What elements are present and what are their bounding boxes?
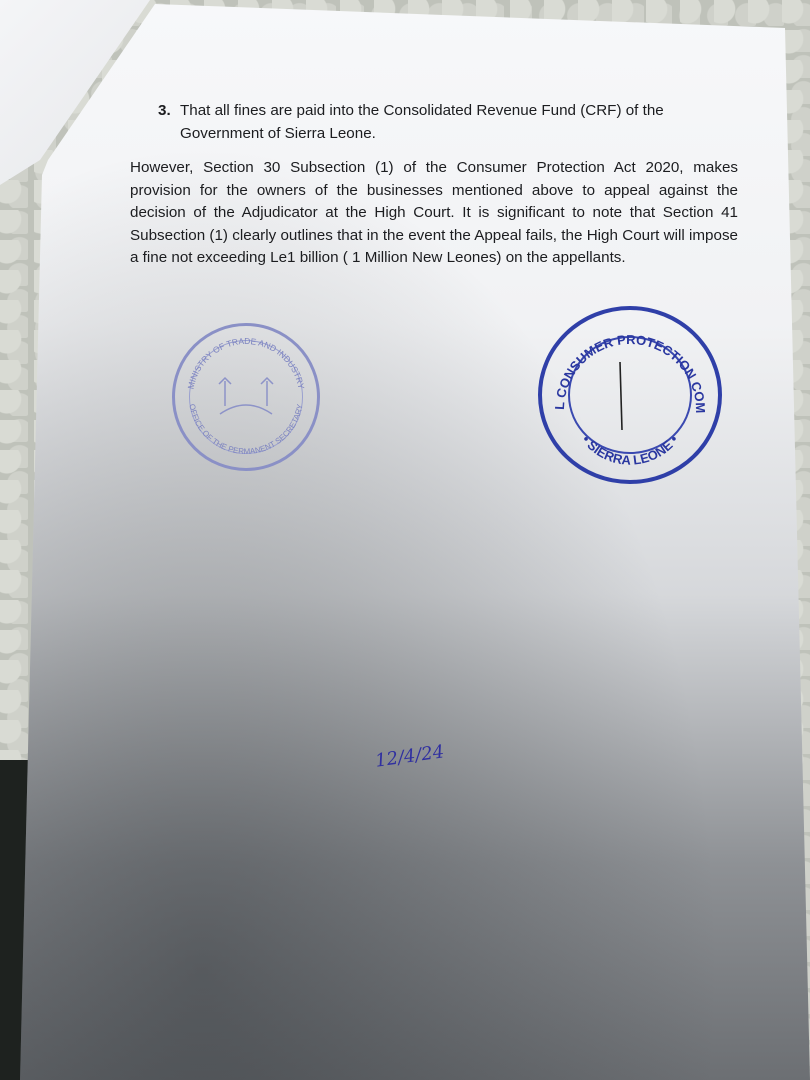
svg-text:NATIONAL CONSUMER PROTECTION C: NATIONAL CONSUMER PROTECTION COMMISSION bbox=[537, 298, 709, 413]
svg-text:• SIERRA LEONE •: • SIERRA LEONE • bbox=[579, 432, 681, 468]
list-item-number: 3. bbox=[158, 100, 180, 145]
document-body: 3. That all fines are paid into the Cons… bbox=[130, 100, 738, 270]
commission-stamp-text: NATIONAL CONSUMER PROTECTION COMMISSION … bbox=[542, 310, 718, 480]
ministry-stamp: MINISTRY OF TRADE AND INDUSTRY OFFICE OF… bbox=[172, 323, 320, 471]
svg-text:MINISTRY OF TRADE AND INDUSTRY: MINISTRY OF TRADE AND INDUSTRY bbox=[186, 336, 307, 390]
ministry-stamp-text: MINISTRY OF TRADE AND INDUSTRY OFFICE OF… bbox=[175, 326, 317, 468]
commission-stamp: NATIONAL CONSUMER PROTECTION COMMISSION … bbox=[538, 306, 722, 484]
svg-text:OFFICE OF THE PERMANENT SECRET: OFFICE OF THE PERMANENT SECRETARY bbox=[187, 403, 304, 456]
list-item-text: That all fines are paid into the Consoli… bbox=[180, 100, 738, 145]
list-item: 3. That all fines are paid into the Cons… bbox=[158, 100, 738, 145]
appeal-paragraph: However, Section 30 Subsection (1) of th… bbox=[130, 157, 738, 270]
